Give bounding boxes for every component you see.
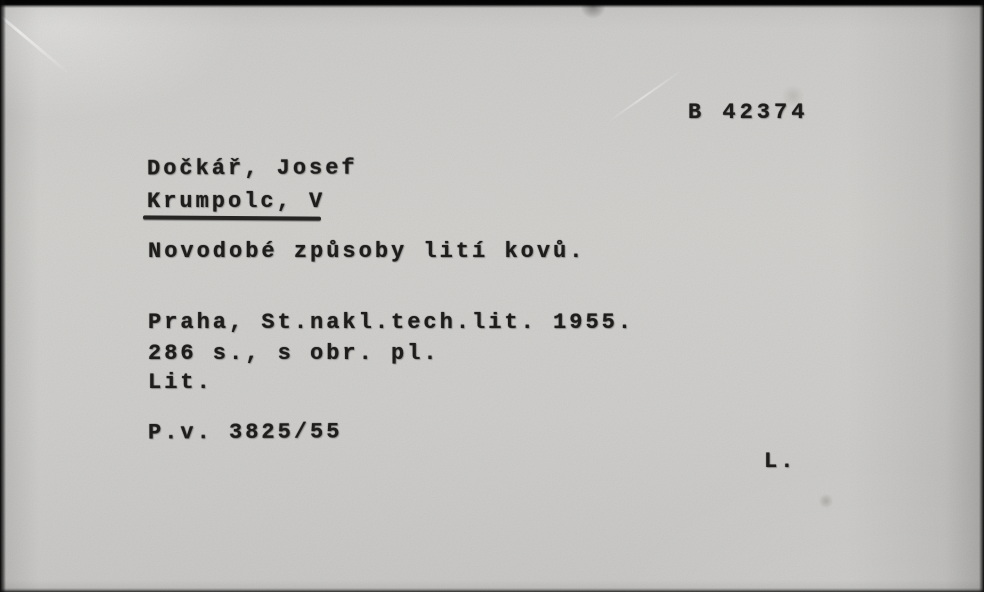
call-number: B 42374 — [688, 100, 808, 126]
crease-mark-top-right — [608, 69, 683, 122]
title-line: Novodobé způsoby lití kovů. — [148, 239, 585, 265]
paper-grain-texture — [0, 0, 984, 592]
collation-line: 286 s., s obr. pl. — [148, 341, 440, 367]
catalog-card-scan: B 42374 Dočkář, Josef Krumpolc, V Novodo… — [0, 0, 984, 592]
bibliography-note-line: Lit. — [148, 370, 213, 396]
author-line-secondary: Krumpolc, V — [147, 189, 325, 215]
author-underline-mark — [143, 215, 321, 220]
librarian-initial: L. — [764, 449, 796, 475]
scan-edge-left — [0, 0, 6, 592]
scan-edge-top — [0, 0, 984, 8]
scan-edge-right — [979, 0, 984, 592]
paper-stain — [818, 494, 834, 508]
scan-edge-bottom — [0, 588, 984, 592]
imprint-line: Praha, St.nakl.tech.lit. 1955. — [148, 310, 634, 336]
author-line-primary: Dočkář, Josef — [147, 156, 358, 183]
crease-mark-top-left — [0, 2, 70, 75]
accession-number: P.v. 3825/55 — [148, 419, 343, 446]
